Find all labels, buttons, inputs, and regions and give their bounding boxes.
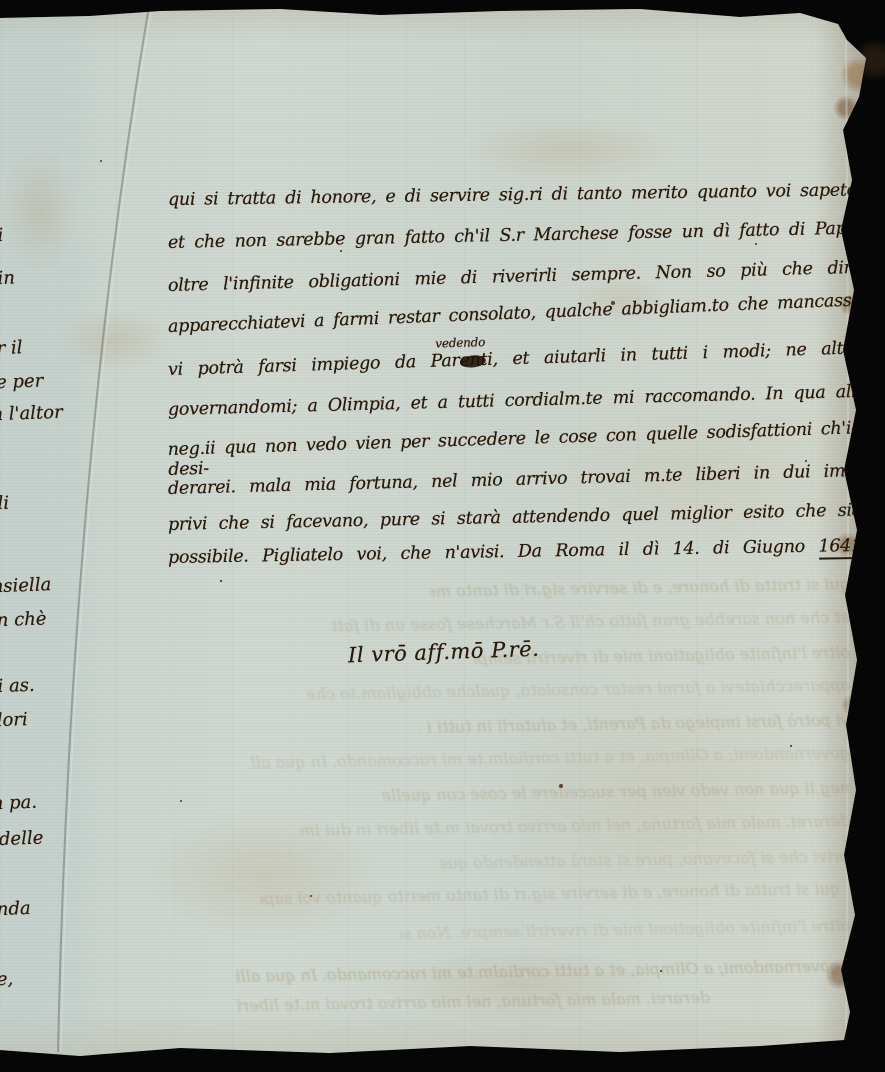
page-fold-crease	[0, 0, 885, 1072]
margin-fragment: er il	[0, 336, 70, 360]
bleedthrough-line: governandomi; a Olimpia, et a tutti cord…	[190, 956, 840, 986]
bleedthrough-line: governandomi; a Olimpia, et a tutti cord…	[250, 743, 850, 772]
margin-fragment: t delle	[0, 827, 70, 851]
bleedthrough-line: qui si tratta di honore, e di servire si…	[260, 879, 840, 908]
letter-line: governandomi; a Olimpia, et a tutti cord…	[168, 382, 862, 420]
bleedthrough-line: vi potrà farsi impiego da Parenti, et ai…	[420, 710, 850, 737]
manuscript-photo: qui si tratta di honore, e di servire si…	[0, 0, 885, 1072]
bleedthrough-line: neg.ii qua non vedo vien per succedere l…	[380, 778, 850, 805]
letter-line: qui si tratta di honore, e di servire si…	[168, 180, 862, 210]
letter-line: possibile. Pigliatelo voi, che n'avisi. …	[168, 536, 862, 568]
margin-fragment: insiella	[0, 574, 70, 598]
margin-fragment: alori	[0, 708, 70, 732]
margin-fragment: uli	[0, 491, 70, 515]
margin-fragment: m l'altor	[0, 402, 70, 426]
paper-foxing-specks	[100, 160, 102, 162]
letter-line: vi potrà farsi impiego da Parenti, et ai…	[168, 338, 862, 380]
margin-fragment: onda	[0, 897, 70, 921]
margin-fragment: di as.	[0, 674, 70, 698]
dateline-text: possibile. Pigliatelo voi, che n'avisi. …	[168, 537, 819, 568]
margin-fragment: on chè	[0, 608, 70, 632]
manuscript-page: qui si tratta di honore, e di servire si…	[0, 0, 885, 1072]
margin-fragment: ce per	[0, 370, 70, 394]
bleedthrough-line: derarei. mala mia fortuna, nel mio arriv…	[300, 811, 850, 840]
bleedthrough-line: apparecchiatevi a farmi restar consolato…	[300, 675, 850, 704]
bleedthrough-line: qui si tratta di honore, e di servire si…	[430, 574, 850, 600]
letter-line: privi che si facevano, pure si starà att…	[168, 500, 862, 535]
margin-fragment: nin	[0, 266, 70, 290]
letter-line-text: vi potrà farsi impiego da Parenti, et ai…	[168, 338, 862, 380]
margin-fragment: ae,	[0, 967, 70, 991]
letter-line: oltre l'infinite obligationi mie di rive…	[168, 258, 862, 296]
margin-fragment: in pa.	[0, 791, 70, 815]
letter-line: apparecchiatevi a farmi restar consolato…	[168, 290, 862, 337]
bleedthrough-line: derarei. mala mia fortuna, nel mio arriv…	[230, 988, 710, 1015]
bleedthrough-line: et che non sarebbe gran fatto ch'il S.r …	[330, 607, 850, 635]
signature-line: Il vrō aff.mō P.rē.	[348, 637, 540, 668]
date-year-underlined: 1641	[818, 536, 862, 560]
margin-fragment: hi	[0, 223, 70, 247]
bleedthrough-line: oltre l'infinite obligationi mie di rive…	[400, 916, 850, 943]
interlinear-insertion: vedendo	[435, 335, 485, 351]
letter-line: et che non sarebbe gran fatto ch'il S.r …	[168, 218, 862, 253]
bleedthrough-line: privi che si facevano, pure si starà att…	[440, 846, 850, 872]
